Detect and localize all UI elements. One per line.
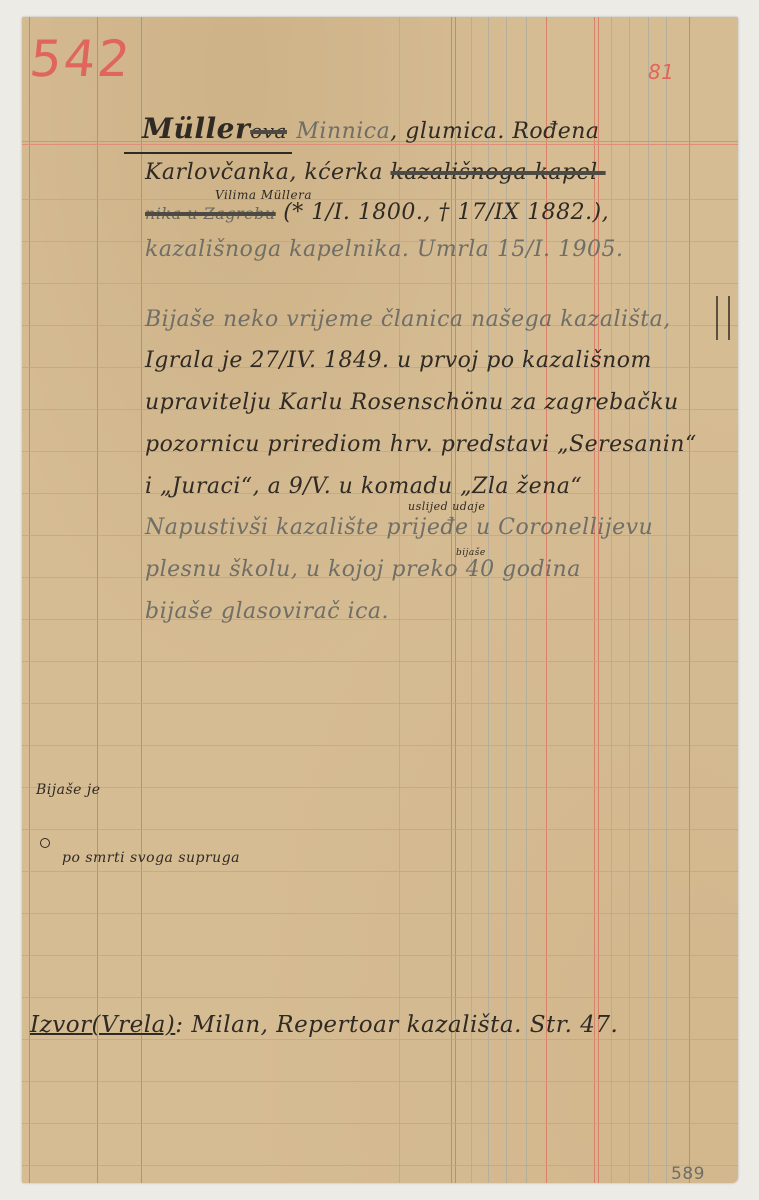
line2-strikeout: kazališnoga kapel-	[390, 160, 605, 185]
rule-line	[22, 1123, 738, 1124]
rule-red	[451, 17, 452, 1183]
rule-line	[22, 703, 738, 704]
rule-grey	[488, 17, 489, 1183]
rule-red	[598, 17, 599, 1183]
line3-dates: (* 1/I. 1800., † 17/IX 1882.),	[283, 200, 609, 225]
para-line: bijaše glasovirač ica.	[145, 599, 389, 624]
rule-line	[22, 1165, 738, 1166]
rule-line	[22, 661, 738, 662]
rule-grey	[471, 17, 472, 1183]
rule-grey	[666, 17, 667, 1183]
rule-line	[22, 871, 738, 872]
rule-grey	[629, 17, 630, 1183]
rule-grey	[611, 17, 612, 1183]
rule-line	[22, 745, 738, 746]
entry-line-4: kazališnoga kapelnika. Umrla 15/I. 1905.	[145, 237, 623, 262]
source-line: Izvor(Vrela): Milan, Repertoar kazališta…	[30, 1012, 618, 1038]
rule-line	[22, 955, 738, 956]
rule-red	[594, 17, 595, 1183]
rule-grey	[506, 17, 507, 1183]
archive-number: 589	[671, 1164, 705, 1184]
para-line: plesnu školu, u kojoj preko 40 godina	[145, 557, 581, 582]
rule-red	[29, 17, 30, 1183]
entry-heading: Müllerova Minnica, glumica. Rođena	[142, 112, 600, 145]
rule-line	[22, 997, 738, 998]
rule-line	[22, 1039, 738, 1040]
catalog-number: 542	[27, 30, 135, 88]
rule-red	[546, 17, 547, 1183]
para-line: Bijaše neko vrijeme članica našega kazal…	[145, 307, 671, 332]
entry-line-2: Karlovčanka, kćerka kazališnoga kapel-	[145, 160, 606, 185]
para-line: Napustivši kazalište prijeđe u Coronelli…	[145, 515, 653, 540]
source-text: : Milan, Repertoar kazališta. Str. 47.	[175, 1012, 618, 1038]
insert-mark	[716, 296, 730, 340]
source-label: Izvor(Vrela)	[30, 1012, 175, 1038]
margin-note-2: po smrti svoga supruga	[62, 850, 240, 866]
corner-number: 81	[648, 60, 674, 84]
surname-strikeout: ova	[250, 119, 287, 143]
rule-line	[22, 283, 738, 284]
para-line: pozornicu prirediom hrv. predstavi „Sere…	[145, 432, 697, 457]
line2-text: Karlovčanka, kćerka	[145, 160, 383, 185]
rule-line	[22, 1081, 738, 1082]
rule-red	[141, 17, 142, 1183]
rule-line	[22, 829, 738, 830]
para-line: upravitelju Karlu Rosenschönu za zagreba…	[145, 390, 679, 415]
para-line: Igrala je 27/IV. 1849. u prvoj po kazali…	[145, 348, 652, 373]
rule-grey	[648, 17, 649, 1183]
rule-grey	[526, 17, 527, 1183]
surname: Müller	[142, 112, 250, 145]
surname-underline	[124, 152, 292, 154]
rule-red	[455, 17, 456, 1183]
heading-rest: , glumica. Rođena	[390, 119, 599, 144]
rule-red	[97, 17, 98, 1183]
rule-line	[22, 913, 738, 914]
rule-line	[22, 787, 738, 788]
entry-line-3: nika u Zagrebu (* 1/I. 1800., † 17/IX 18…	[145, 200, 609, 225]
insert-mark-lower	[40, 838, 50, 848]
rule-red	[689, 17, 690, 1183]
given-name: Minnica	[296, 119, 390, 144]
insert-uslijed-udaje: uslijed udaje	[408, 500, 485, 513]
margin-note-1: Bijaše je	[36, 782, 101, 798]
line3-strikeout: nika u Zagrebu	[145, 204, 276, 223]
para-line: i „Juraci“, a 9/V. u komadu „Zla žena“	[145, 474, 582, 499]
rule-grey	[399, 17, 400, 1183]
